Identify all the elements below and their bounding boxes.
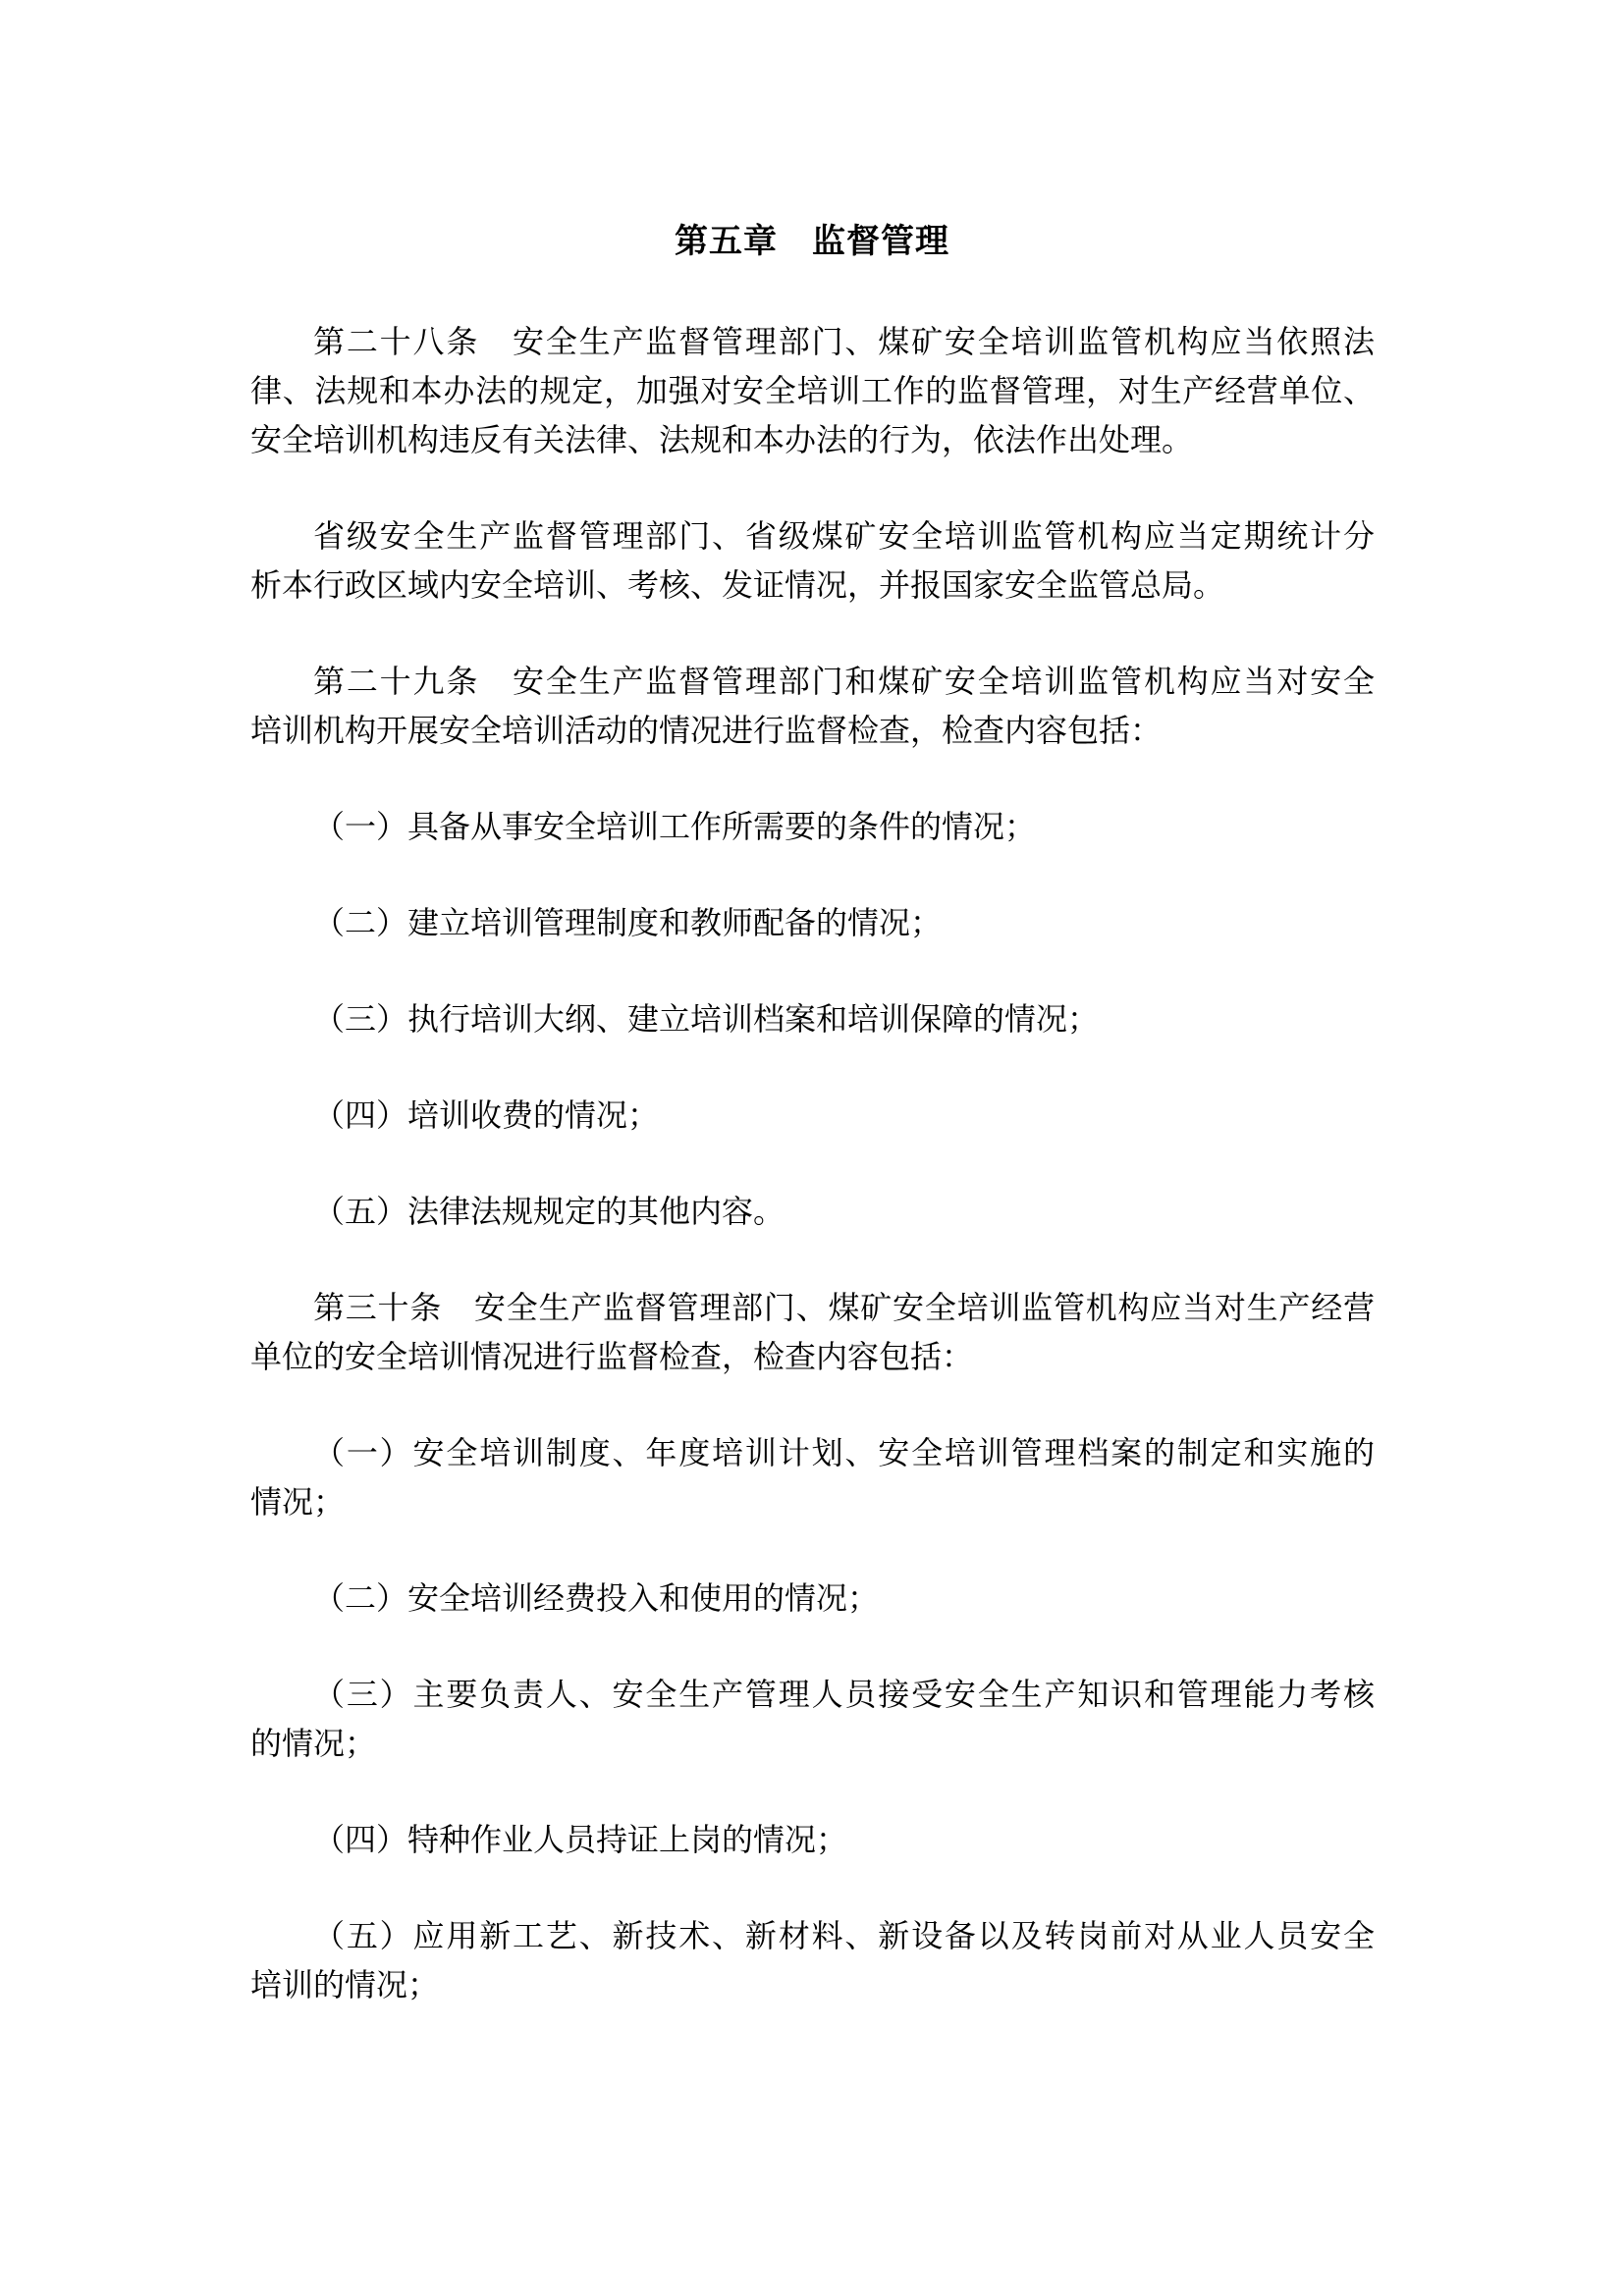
document-page: 第五章 监督管理 第二十八条 安全生产监督管理部门、煤矿安全培训监管机构应当依照… [0,0,1624,2296]
paragraph: （三）主要负责人、安全生产管理人员接受安全生产知识和管理能力考核的情况； [250,1670,1375,1768]
paragraph: （五）应用新工艺、新技术、新材料、新设备以及转岗前对从业人员安全培训的情况； [250,1911,1375,2009]
text-line: 培训机构开展安全培训活动的情况进行监督检查，检查内容包括： [250,706,1375,755]
chapter-title: 第五章 监督管理 [0,218,1624,267]
document-body: 第二十八条 安全生产监督管理部门、煤矿安全培训监管机构应当依照法律、法规和本办法… [250,317,1375,2009]
paragraph: （三）执行培训大纲、建立培训档案和培训保障的情况； [250,994,1375,1043]
text-line: （五）法律法规规定的其他内容。 [250,1187,1375,1236]
text-line: （四）培训收费的情况； [250,1091,1375,1140]
text-line: （一）安全培训制度、年度培训计划、安全培训管理档案的制定和实施的 [250,1428,1375,1477]
paragraph: 第二十八条 安全生产监督管理部门、煤矿安全培训监管机构应当依照法律、法规和本办法… [250,317,1375,464]
text-line: （二）安全培训经费投入和使用的情况； [250,1574,1375,1623]
paragraph: 第二十九条 安全生产监督管理部门和煤矿安全培训监管机构应当对安全培训机构开展安全… [250,657,1375,755]
text-line: 单位的安全培训情况进行监督检查，检查内容包括： [250,1332,1375,1381]
text-line: （四）特种作业人员持证上岗的情况； [250,1815,1375,1864]
text-line: 培训的情况； [250,1960,1375,2009]
text-line: 第二十九条 安全生产监督管理部门和煤矿安全培训监管机构应当对安全 [250,657,1375,706]
text-line: （二）建立培训管理制度和教师配备的情况； [250,898,1375,947]
paragraph: （四）培训收费的情况； [250,1091,1375,1140]
paragraph: （一）安全培训制度、年度培训计划、安全培训管理档案的制定和实施的情况； [250,1428,1375,1526]
text-line: 情况； [250,1477,1375,1526]
text-line: （三）执行培训大纲、建立培训档案和培训保障的情况； [250,994,1375,1043]
text-line: 析本行政区域内安全培训、考核、发证情况，并报国家安全监管总局。 [250,561,1375,610]
paragraph: （二）安全培训经费投入和使用的情况； [250,1574,1375,1623]
paragraph: （一）具备从事安全培训工作所需要的条件的情况； [250,802,1375,851]
text-line: 第三十条 安全生产监督管理部门、煤矿安全培训监管机构应当对生产经营 [250,1283,1375,1332]
text-line: 律、法规和本办法的规定，加强对安全培训工作的监督管理，对生产经营单位、 [250,366,1375,415]
paragraph: （四）特种作业人员持证上岗的情况； [250,1815,1375,1864]
text-line: （五）应用新工艺、新技术、新材料、新设备以及转岗前对从业人员安全 [250,1911,1375,1960]
text-line: 安全培训机构违反有关法律、法规和本办法的行为，依法作出处理。 [250,415,1375,464]
text-line: 省级安全生产监督管理部门、省级煤矿安全培训监管机构应当定期统计分 [250,511,1375,561]
text-line: （一）具备从事安全培训工作所需要的条件的情况； [250,802,1375,851]
paragraph: （二）建立培训管理制度和教师配备的情况； [250,898,1375,947]
paragraph: 省级安全生产监督管理部门、省级煤矿安全培训监管机构应当定期统计分析本行政区域内安… [250,511,1375,610]
text-line: 第二十八条 安全生产监督管理部门、煤矿安全培训监管机构应当依照法 [250,317,1375,366]
paragraph: 第三十条 安全生产监督管理部门、煤矿安全培训监管机构应当对生产经营单位的安全培训… [250,1283,1375,1381]
paragraph: （五）法律法规规定的其他内容。 [250,1187,1375,1236]
text-line: 的情况； [250,1719,1375,1768]
text-line: （三）主要负责人、安全生产管理人员接受安全生产知识和管理能力考核 [250,1670,1375,1719]
